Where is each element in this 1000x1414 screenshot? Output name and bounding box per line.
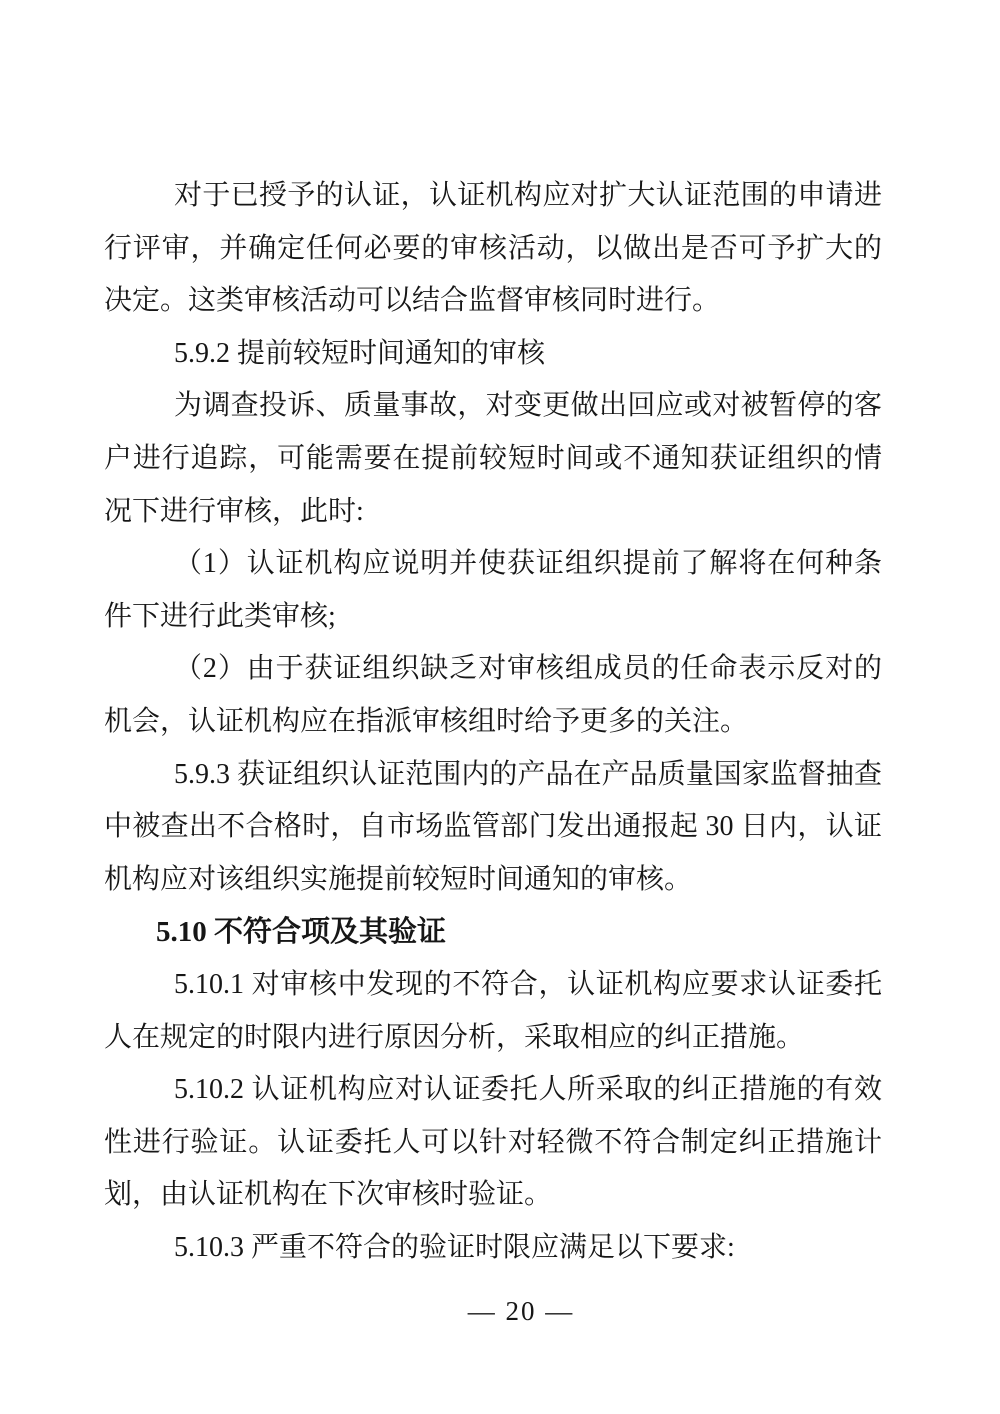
document-body: 对于已授予的认证，认证机构应对扩大认证范围的申请进行评审，并确定任何必要的审核活… (104, 170, 882, 1274)
paragraph-expand-scope: 对于已授予的认证，认证机构应对扩大认证范围的申请进行评审，并确定任何必要的审核活… (104, 170, 882, 328)
section-5-10-1-paragraph: 5.10.1 对审核中发现的不符合，认证机构应要求认证委托人在规定的时限内进行原… (104, 959, 882, 1064)
section-5-9-3-paragraph: 5.9.3 获证组织认证范围内的产品在产品质量国家监督抽查中被查出不合格时，自市… (104, 749, 882, 907)
section-5-10-3-paragraph: 5.10.3 严重不符合的验证时限应满足以下要求: (104, 1222, 882, 1275)
section-5-10-2-paragraph: 5.10.2 认证机构应对认证委托人所采取的纠正措施的有效性进行验证。认证委托人… (104, 1064, 882, 1222)
document-page: 对于已授予的认证，认证机构应对扩大认证范围的申请进行评审，并确定任何必要的审核活… (0, 0, 1000, 1414)
section-5-9-2-title: 5.9.2 提前较短时间通知的审核 (104, 328, 882, 381)
list-item-2: （2）由于获证组织缺乏对审核组成员的任命表示反对的机会，认证机构应在指派审核组时… (104, 643, 882, 748)
list-item-1: （1）认证机构应说明并使获证组织提前了解将在何种条件下进行此类审核; (104, 538, 882, 643)
page-number: — 20 — (0, 1296, 1000, 1327)
section-5-10-heading: 5.10 不符合项及其验证 (104, 906, 882, 959)
paragraph-short-notice-audit: 为调查投诉、质量事故，对变更做出回应或对被暂停的客户进行追踪，可能需要在提前较短… (104, 380, 882, 538)
